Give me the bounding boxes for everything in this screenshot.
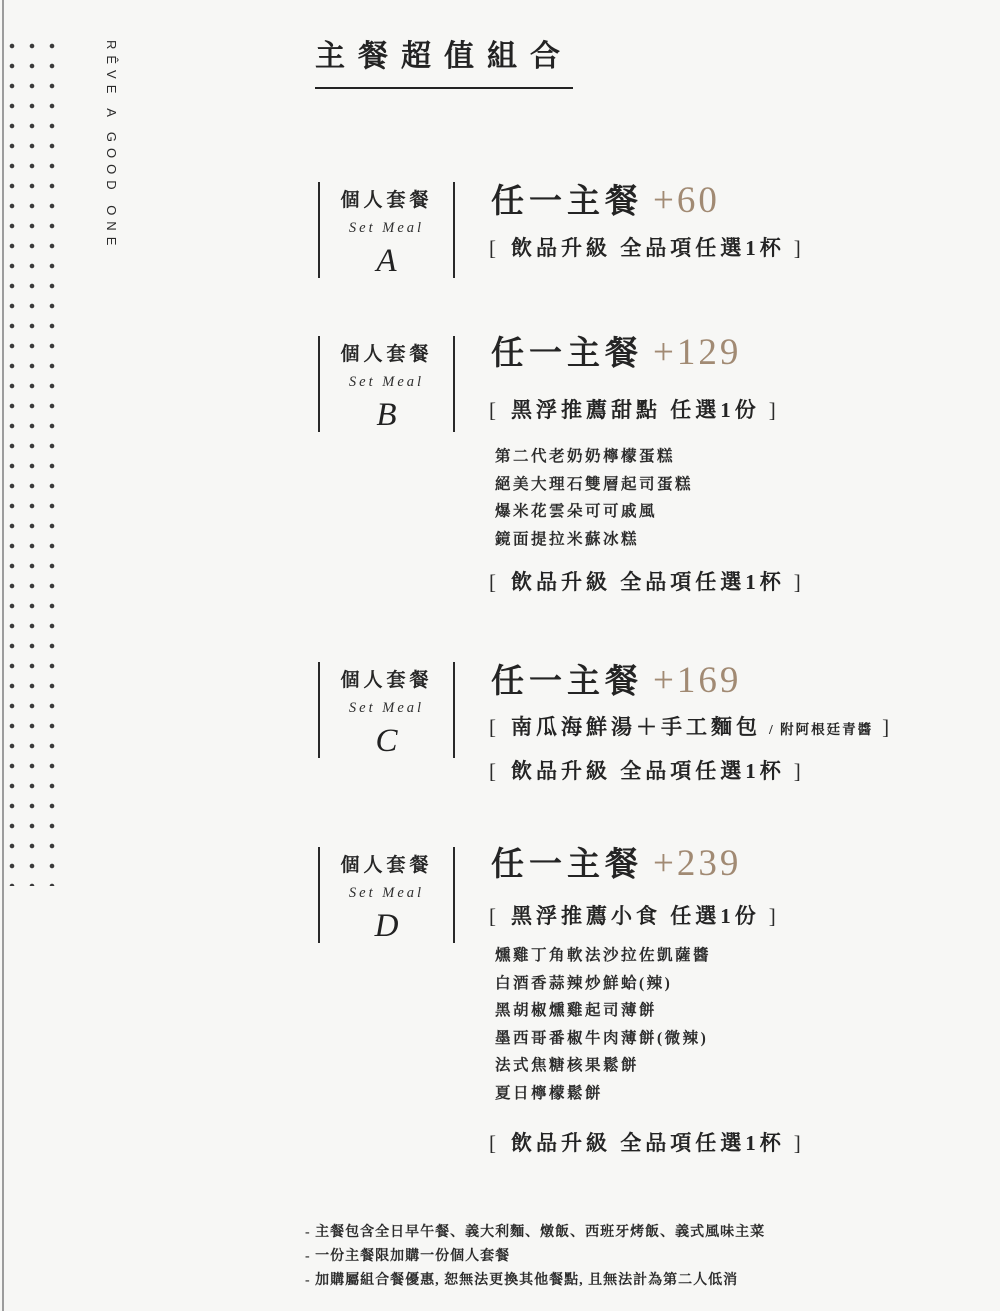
set-c-label-en: Set Meal [349,701,424,716]
set-b-drink-upgrade-text: 飲品升級 全品項任選1杯 [511,570,785,594]
bracket-open: [ [489,1131,500,1155]
set-a-price: +60 [653,180,720,221]
set-b-drink-upgrade: [飲品升級 全品項任選1杯] [489,567,805,597]
bracket-open: [ [489,236,500,260]
set-d-label-en: Set Meal [349,886,424,901]
set-d-drink-upgrade-text: 飲品升級 全品項任選1杯 [511,1131,785,1155]
bracket-close: ] [794,570,805,594]
set-a-headline-text: 任一主餐 [491,184,643,220]
set-d-label-cjk: 個人套餐 [340,856,432,875]
menu-page: RÊVE A GOOD ONE 主餐超值組合 個人套餐 Set Meal A 任… [0,0,1000,1311]
footer-note: - 主餐包含全日早午餐、義大利麵、燉飯、西班牙烤飯、義式風味主菜 [305,1221,765,1245]
set-c-label-block: 個人套餐 Set Meal C [318,662,455,758]
footer-note: - 加購屬組合餐優惠, 恕無法更換其他餐點, 且無法計為第二人低消 [305,1269,765,1293]
set-c-headline: 任一主餐+169 [491,660,741,709]
set-b-choice-text: 黑浮推薦甜點 任選1份 [511,398,760,422]
brand-vertical-text: RÊVE A GOOD ONE [104,40,119,300]
set-c-combo-note: / 附阿根廷青醬 [769,722,873,737]
set-c-price: +169 [653,660,741,701]
set-a-label-en: Set Meal [349,221,424,236]
footer-notes: - 主餐包含全日早午餐、義大利麵、燉飯、西班牙烤飯、義式風味主菜 - 一份主餐限… [305,1221,765,1293]
bracket-close: ] [882,715,893,739]
set-d-item-list: 燻雞丁角軟法沙拉佐凱薩醬 白酒香蒜辣炒鮮蛤(辣) 黑胡椒燻雞起司薄餅 墨西哥番椒… [495,942,711,1107]
bracket-open: [ [489,904,500,928]
list-item: 黑胡椒燻雞起司薄餅 [495,997,711,1025]
list-item: 鏡面提拉米蘇冰糕 [495,526,693,554]
bracket-open: [ [489,759,500,783]
set-d-headline-text: 任一主餐 [491,847,643,883]
set-c-headline-text: 任一主餐 [491,664,643,700]
set-a-label-cjk: 個人套餐 [340,191,432,210]
set-b-label-cjk: 個人套餐 [340,345,432,364]
bracket-close: ] [769,398,780,422]
set-d-price: +239 [653,843,741,884]
dot-grid-decoration [2,36,62,886]
set-d-choice: [黑浮推薦小食 任選1份] [489,901,780,931]
page-title: 主餐超值組合 [315,42,573,89]
list-item: 法式焦糖核果鬆餅 [495,1052,711,1080]
set-a-drink-upgrade-text: 飲品升級 全品項任選1杯 [511,236,785,260]
set-b-label-en: Set Meal [349,375,424,390]
bracket-open: [ [489,715,500,739]
bracket-close: ] [769,904,780,928]
set-d-headline: 任一主餐+239 [491,843,741,892]
bracket-close: ] [794,1131,805,1155]
set-a-letter: A [376,245,396,278]
bracket-open: [ [489,398,500,422]
set-c-drink-upgrade-text: 飲品升級 全品項任選1杯 [511,759,785,783]
set-a-drink-upgrade: [飲品升級 全品項任選1杯] [489,233,805,263]
list-item: 夏日檸檬鬆餅 [495,1080,711,1108]
set-c-drink-upgrade: [飲品升級 全品項任選1杯] [489,756,805,786]
list-item: 絕美大理石雙層起司蛋糕 [495,471,693,499]
footer-note: - 一份主餐限加購一份個人套餐 [305,1245,765,1269]
set-b-label-block: 個人套餐 Set Meal B [318,336,455,432]
set-b-price: +129 [653,332,741,373]
set-d-choice-text: 黑浮推薦小食 任選1份 [511,904,760,928]
set-a-label-block: 個人套餐 Set Meal A [318,182,455,278]
list-item: 墨西哥番椒牛肉薄餅(微辣) [495,1025,711,1053]
bracket-close: ] [794,759,805,783]
set-a-headline: 任一主餐+60 [491,180,720,229]
set-c-combo: [南瓜海鮮湯＋手工麵包/ 附阿根廷青醬] [489,712,893,745]
set-c-letter: C [375,725,397,758]
set-d-drink-upgrade: [飲品升級 全品項任選1杯] [489,1128,805,1158]
list-item: 第二代老奶奶檸檬蛋糕 [495,443,693,471]
set-c-label-cjk: 個人套餐 [340,671,432,690]
list-item: 爆米花雲朵可可戚風 [495,498,693,526]
set-d-letter: D [375,910,399,943]
set-d-label-block: 個人套餐 Set Meal D [318,847,455,943]
set-b-choice: [黑浮推薦甜點 任選1份] [489,395,780,425]
set-c-combo-main: 南瓜海鮮湯＋手工麵包 [511,715,761,739]
set-b-headline-text: 任一主餐 [491,336,643,372]
list-item: 燻雞丁角軟法沙拉佐凱薩醬 [495,942,711,970]
set-b-headline: 任一主餐+129 [491,332,741,381]
bracket-close: ] [794,236,805,260]
list-item: 白酒香蒜辣炒鮮蛤(辣) [495,970,711,998]
bracket-open: [ [489,570,500,594]
set-b-item-list: 第二代老奶奶檸檬蛋糕 絕美大理石雙層起司蛋糕 爆米花雲朵可可戚風 鏡面提拉米蘇冰… [495,443,693,553]
set-b-letter: B [376,399,396,432]
